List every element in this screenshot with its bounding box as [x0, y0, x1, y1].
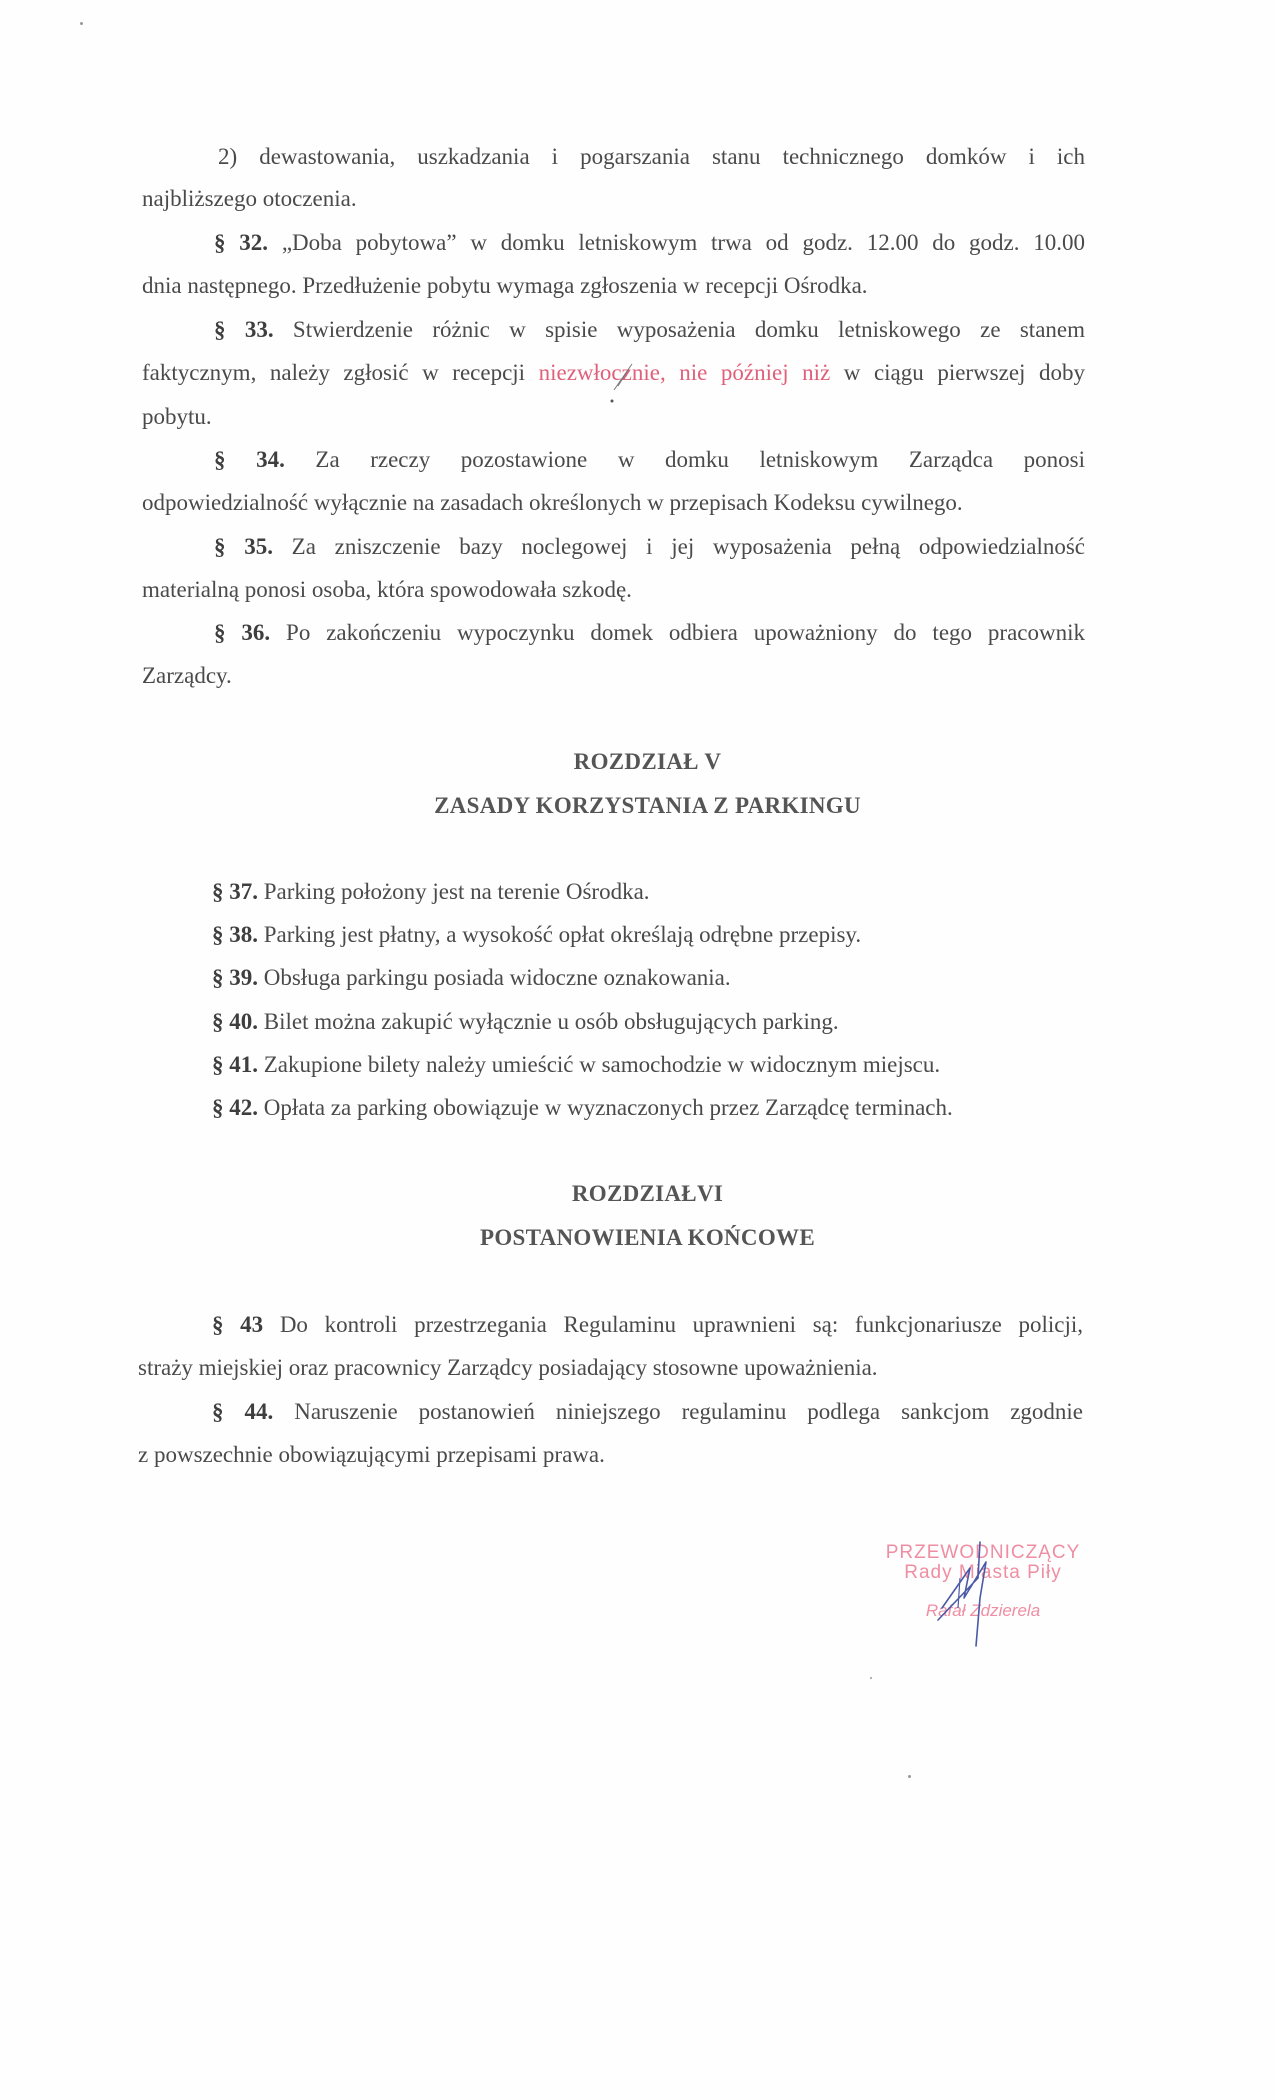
paragraph-43-line2: straży miejskiej oraz pracownicy Zarządc…: [138, 1354, 878, 1382]
chapter-6-subtitle: POSTANOWIENIA KOŃCOWE: [0, 1225, 1275, 1251]
paragraph-34-line2: odpowiedzialność wyłącznie na zasadach o…: [142, 489, 963, 517]
chapter-5-title: ROZDZIAŁ V: [0, 749, 1275, 775]
chapter-5-subtitle: ZASADY KORZYSTANIA Z PARKINGU: [0, 793, 1275, 819]
paragraph-36-line1: § 36. Po zakończeniu wypoczynku domek od…: [214, 619, 1085, 647]
scan-speck: [80, 22, 83, 25]
document-page: 2) dewastowania, uszkadzania i pogarszan…: [0, 0, 1275, 2100]
item-2-line1: 2) dewastowania, uszkadzania i pogarszan…: [218, 143, 1085, 171]
paragraph-number: § 33.: [214, 317, 274, 342]
paragraph-number: § 32.: [214, 230, 268, 255]
item-2-line2: najbliższego otoczenia.: [142, 185, 357, 213]
paragraph-37: § 37. Parking położony jest na terenie O…: [212, 878, 650, 906]
paragraph-41: § 41. Zakupione bilety należy umieścić w…: [212, 1051, 940, 1079]
paragraph-40: § 40. Bilet można zakupić wyłącznie u os…: [212, 1008, 839, 1036]
paragraph-35-line1: § 35. Za zniszczenie bazy noclegowej i j…: [214, 533, 1085, 561]
paragraph-32-line1: § 32. „Doba pobytowa” w domku letniskowy…: [214, 229, 1085, 257]
paragraph-38: § 38. Parking jest płatny, a wysokość op…: [212, 921, 861, 949]
signature-icon: [930, 1538, 1010, 1648]
handwritten-correction: niezwłocznie, nie później niż: [539, 360, 831, 385]
paragraph-43-line1: § 43 Do kontroli przestrzegania Regulami…: [212, 1311, 1083, 1339]
paragraph-44-line1: § 44. Naruszenie postanowień niniejszego…: [212, 1398, 1083, 1426]
paragraph-number: § 34.: [214, 447, 285, 472]
paragraph-35-line2: materialną ponosi osoba, która spowodowa…: [142, 576, 632, 604]
paragraph-36-line2: Zarządcy.: [142, 662, 232, 690]
paragraph-32-line2: dnia następnego. Przedłużenie pobytu wym…: [142, 272, 868, 300]
chapter-6-title: ROZDZIAŁVI: [0, 1181, 1275, 1207]
paragraph-34-line1: § 34. Za rzeczy pozostawione w domku let…: [214, 446, 1085, 474]
paragraph-42: § 42. Opłata za parking obowiązuje w wyz…: [212, 1094, 953, 1122]
paragraph-number: § 35.: [214, 534, 273, 559]
paragraph-33-line1: § 33. Stwierdzenie różnic w spisie wypos…: [214, 316, 1085, 344]
paragraph-33-line3: pobytu.: [142, 403, 212, 431]
scan-speck: [908, 1775, 911, 1778]
paragraph-44-line2: z powszechnie obowiązującymi przepisami …: [138, 1441, 605, 1469]
scan-speck: [870, 1677, 872, 1679]
paragraph-39: § 39. Obsługa parkingu posiada widoczne …: [212, 964, 731, 992]
correction-mark-icon: [600, 360, 640, 410]
paragraph-number: § 36.: [214, 620, 270, 645]
